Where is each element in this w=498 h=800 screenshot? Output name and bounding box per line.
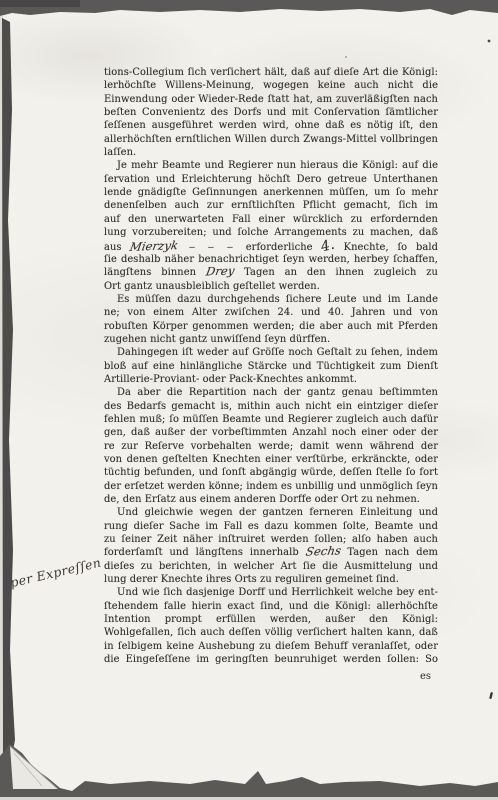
printed-text: zugehen nicht gantz unwiſſend ſeyn dürff… <box>104 334 330 345</box>
text-line: von denen geſtelten Knechten einer verſt… <box>104 453 438 466</box>
printed-text-block: tions-Collegium ſich verſichert hält, da… <box>104 66 438 666</box>
handwritten-insertion: Mierzyk <box>129 241 179 253</box>
printed-text: ne; von einem Alter zwiſchen 24. und 40.… <box>104 307 438 319</box>
text-line: Einwendung oder Wieder-Rede ſtatt hat, a… <box>104 93 438 106</box>
text-line: allerhöchſten ernſtlichen Willen durch Z… <box>104 133 438 146</box>
text-line: Es müſſen dazu durchgehends ſichere Leut… <box>104 293 438 306</box>
text-line: Ort gantz unausbleiblich geſtellet werde… <box>104 280 438 293</box>
printed-text: die Eingeſeſſene im geringſten beunruhig… <box>104 654 438 666</box>
text-line: Und wie ſich dasjenige Dorff und Herrlic… <box>104 586 438 599</box>
text-line: ſeſſenen ausgeführet werden wird, ohne d… <box>104 119 438 132</box>
text-line: lende gnädigſte Geſinnungen anerkennen m… <box>104 186 438 199</box>
text-line: Dahingegen iſt weder auf Gröſſe noch Geſ… <box>104 346 438 359</box>
text-line: forderſamſt und längſtens innerhalb Sech… <box>104 546 438 559</box>
printed-text: lende gnädigſte Geſinnungen anerkennen m… <box>104 187 438 199</box>
printed-text: re zur Reſerve vorbehalten werde; damit … <box>104 441 438 453</box>
text-line: Und gleichwie wegen der gantzen ferneren… <box>104 506 438 519</box>
printed-text: des Bedarfs gemacht is, mithin auch nich… <box>104 401 438 413</box>
text-line: auf den unerwarteten Fall einer würcklic… <box>104 213 438 226</box>
ink-speck-2 <box>345 56 347 58</box>
text-line: fehlen muß; ſo müſſen Beamte und Regiere… <box>104 413 438 426</box>
text-line: beſten Convenientz des Dorfs und mit Con… <box>104 106 438 119</box>
printed-text: tions-Collegium ſich verſichert hält, da… <box>104 67 438 79</box>
text-line: tions-Collegium ſich verſichert hält, da… <box>104 66 438 79</box>
printed-text: beſten Convenientz des Dorfs und mit Con… <box>104 107 438 119</box>
printed-text: de, den Erſatz aus einem anderen Dorffe … <box>104 494 420 505</box>
text-line: Je mehr Beamte und Regierer nun hieraus … <box>104 159 438 172</box>
text-line: Wohlgefallen, ſich auch deſſen völlig ve… <box>104 626 438 639</box>
printed-text: längſtens binnen <box>104 267 206 278</box>
printed-text: Es müſſen dazu durchgehends ſichere Leut… <box>104 294 438 306</box>
printed-text: Und wie ſich dasjenige Dorff und Herrlic… <box>117 587 438 598</box>
printed-text: Da aber die Repartition nach der gantz g… <box>104 387 438 399</box>
text-line: rung dieſer Sache im Fall es dazu kommen… <box>104 520 438 533</box>
printed-text: lung derer Knechte ihres Orts zu regulir… <box>104 574 399 585</box>
printed-text: Knechte, ſo bald <box>335 242 438 252</box>
printed-text: bloß auf eine hinlängliche Stärcke und T… <box>104 361 438 373</box>
text-line: lerhöchſte Willens-Meinung, wogegen kein… <box>104 79 438 92</box>
text-line: laſſen. <box>104 146 438 159</box>
text-line: dieſes zu berichten, in welcher Art ſie … <box>104 560 438 573</box>
text-line: Intention prompt erfüllen werden, außer … <box>104 613 438 626</box>
printed-text: dieſes zu berichten, in welcher Art ſie … <box>104 561 438 573</box>
printed-text: der erſetzet werden könne; indem es unbi… <box>104 481 438 493</box>
printed-text: Artillerie-Proviant- oder Pack-Knechtes … <box>104 374 357 385</box>
scanned-document-page: per Expreſſen tions-Collegium ſich verſi… <box>0 0 498 800</box>
printed-text: tüchtig befunden, und ſonſt abgängig wür… <box>104 467 438 479</box>
text-line: tüchtig befunden, und ſonſt abgängig wür… <box>104 466 438 479</box>
text-line: lung vorzubereiten; und ſolche Arrangeme… <box>104 226 438 239</box>
printed-text: Dahingegen iſt weder auf Gröſſe noch Geſ… <box>104 347 438 359</box>
catchword: es <box>420 671 431 682</box>
text-line: des Bedarfs gemacht is, mithin auch nich… <box>104 400 438 413</box>
printed-text: denenſelben auch zur ernſtlichſten Pflic… <box>104 200 438 212</box>
text-line: Artillerie-Proviant- oder Pack-Knechtes … <box>104 373 438 386</box>
text-line: ſie deshalb näher benachrichtiget ſeyn w… <box>104 253 438 266</box>
text-line: Da aber die Repartition nach der gantz g… <box>104 386 438 399</box>
printed-text: robuſten Körper genommen werden; die abe… <box>104 321 438 333</box>
text-line: in ſelbigem keine Aushebung zu dieſem Be… <box>104 640 438 653</box>
ink-speck <box>488 40 491 43</box>
printed-text: Einwendung oder Wieder-Rede ſtatt hat, a… <box>104 94 438 106</box>
printed-text: Ort gantz unausbleiblich geſtellet werde… <box>104 281 320 292</box>
text-line: denenſelben auch zur ernſtlichſten Pflic… <box>104 199 438 212</box>
printed-text: ſeſſenen ausgeführet werden wird, ohne d… <box>104 120 438 132</box>
printed-text: Wohlgefallen, ſich auch deſſen völlig ve… <box>104 627 438 638</box>
handwritten-insertion: Sechs <box>305 546 342 558</box>
printed-text: erforderliche <box>246 242 322 252</box>
printed-text: forderſamſt und längſtens innerhalb <box>104 547 306 558</box>
printed-text: aus <box>104 242 130 252</box>
text-line: robuſten Körper genommen werden; die abe… <box>104 320 438 333</box>
text-line: längſtens binnen Drey Tagen an den ihnen… <box>104 266 438 279</box>
text-line: der erſetzet werden könne; indem es unbi… <box>104 480 438 493</box>
printed-text: gen, daß außer der vorbeſtimmten Anzahl … <box>104 427 438 439</box>
printed-text: ſervation und Erleichterung höchſt Dero … <box>104 174 438 186</box>
text-line: de, den Erſatz aus einem anderen Dorffe … <box>104 493 438 506</box>
text-line: die Eingeſeſſene im geringſten beunruhig… <box>104 653 438 666</box>
text-line: ſtehendem falle hierin exact ſind, und d… <box>104 600 438 613</box>
printed-text: von denen geſtelten Knechten einer verſt… <box>104 454 438 466</box>
text-line: ne; von einem Alter zwiſchen 24. und 40.… <box>104 306 438 319</box>
handwritten-insertion: Drey <box>205 266 236 278</box>
printed-text: laſſen. <box>104 147 136 158</box>
printed-text: rung dieſer Sache im Fall es dazu kommen… <box>104 521 438 533</box>
printed-text: Je mehr Beamte und Regierer nun hieraus … <box>104 160 438 172</box>
text-line: lung derer Knechte ihres Orts zu regulir… <box>104 573 438 586</box>
text-line: bloß auf eine hinlängliche Stärcke und T… <box>104 360 438 373</box>
printed-text: Intention prompt erfüllen werden, außer … <box>104 614 438 626</box>
printed-text: fehlen muß; ſo müſſen Beamte und Regiere… <box>104 414 438 426</box>
printed-text: Und gleichwie wegen der gantzen ferneren… <box>104 507 438 519</box>
printed-text: allerhöchſten ernſtlichen Willen durch Z… <box>104 134 438 146</box>
text-line: gen, daß außer der vorbeſtimmten Anzahl … <box>104 426 438 439</box>
handwritten-insertion: 4. <box>320 239 337 252</box>
printed-text: zu ſeiner Zeit näher inſtruiret werden ſ… <box>104 534 438 546</box>
printed-text: in ſelbigem keine Aushebung zu dieſem Be… <box>104 641 438 652</box>
printed-text: ſtehendem falle hierin exact ſind, und d… <box>104 601 438 612</box>
text-line: aus Mierzyk ‒ ‒ ‒ erforderliche 4. Knech… <box>104 239 438 252</box>
text-line: zu ſeiner Zeit näher inſtruiret werden ſ… <box>104 533 438 546</box>
printed-text: lung vorzubereiten; und ſolche Arrangeme… <box>104 227 438 239</box>
text-line: ſervation und Erleichterung höchſt Dero … <box>104 173 438 186</box>
printed-text: lerhöchſte Willens-Meinung, wogegen kein… <box>104 80 438 92</box>
handwritten-insertion: ‒ ‒ ‒ <box>178 242 246 252</box>
printed-text: auf den unerwarteten Fall einer würcklic… <box>104 214 438 226</box>
printed-text: ſie deshalb näher benachrichtiget ſeyn w… <box>104 254 438 266</box>
text-line: zugehen nicht gantz unwiſſend ſeyn dürff… <box>104 333 438 346</box>
text-line: re zur Reſerve vorbehalten werde; damit … <box>104 440 438 453</box>
scan-corner-shadow <box>0 0 80 7</box>
